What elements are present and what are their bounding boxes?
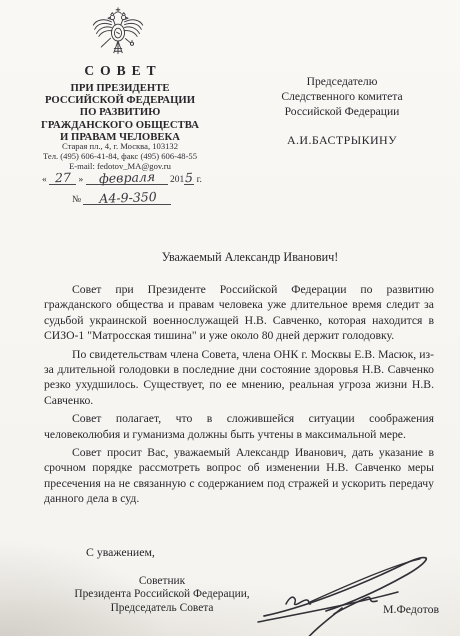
paragraph: Совет полагает, что в сложившейся ситуац… [44,411,434,442]
date-month-field: февраля [86,171,168,185]
paragraph: Совет просит Вас, уважаемый Александр Ив… [44,445,434,507]
paragraph: По свидетельствам члена Совета, члена ОН… [44,347,434,409]
addressee-name: А.И.БАСТРЫКИНУ [251,133,433,148]
date-line: « 27 » февраля 2015 г. [42,171,202,185]
number-field: А4-9-350 [83,191,171,205]
address-line: Старая пл., 4, г. Москва, 103132 [8,141,232,151]
date-day-field: 27 [49,171,76,185]
date-year-field: 5 [184,171,194,185]
scanned-letter-page: СОВЕТ ПРИ ПРЕЗИДЕНТЕ РОССИЙСКОЙ ФЕДЕРАЦИ… [0,0,460,636]
org-line: ПО РАЗВИТИЮ [8,106,232,118]
org-title: СОВЕТ [8,63,232,79]
handwritten-month: февраля [98,169,155,186]
org-line: ГРАЖДАНСКОГО ОБЩЕСТВА [8,119,232,131]
date-year-suffix: г. [197,175,202,185]
russian-coat-of-arms-icon [90,6,146,62]
letterhead-contact-block: Старая пл., 4, г. Москва, 103132 Тел. (4… [8,141,232,171]
org-line: ПРИ ПРЕЗИДЕНТЕ [8,82,232,94]
closing-regards: С уважением, [86,545,155,560]
position-line: Советник [58,575,266,588]
addressee-line: Председателю [251,74,433,89]
signer-position-block: Советник Президента Российской Федерации… [58,575,266,615]
letter-body: Совет при Президенте Российской Федераци… [44,282,434,510]
date-year-printed: 201 [170,175,184,185]
signature-mark [250,550,436,636]
date-open-quote: « [42,175,47,185]
salutation: Уважаемый Александр Иванович! [50,250,450,265]
position-line: Председатель Совета [58,602,266,615]
paragraph: Совет при Президенте Российской Федераци… [44,282,434,344]
letterhead-org-block: СОВЕТ ПРИ ПРЕЗИДЕНТЕ РОССИЙСКОЙ ФЕДЕРАЦИ… [8,63,232,143]
org-line: РОССИЙСКОЙ ФЕДЕРАЦИИ [8,94,232,106]
number-label: № [72,195,81,205]
address-line: Тел. (495) 606-41-84, факс (495) 606-48-… [8,151,232,161]
handwritten-number: А4-9-350 [98,189,156,206]
signer-name: М.Федотов [383,602,439,617]
addressee-line: Российской Федерации [251,104,433,119]
handwritten-day: 27 [54,170,70,186]
handwritten-year-digit: 5 [185,170,193,185]
position-line: Президента Российской Федерации, [58,588,266,601]
date-close-quote: » [79,175,84,185]
addressee-block: Председателю Следственного комитета Росс… [251,74,433,148]
ref-number-line: № А4-9-350 [72,191,171,205]
addressee-line: Следственного комитета [251,89,433,104]
